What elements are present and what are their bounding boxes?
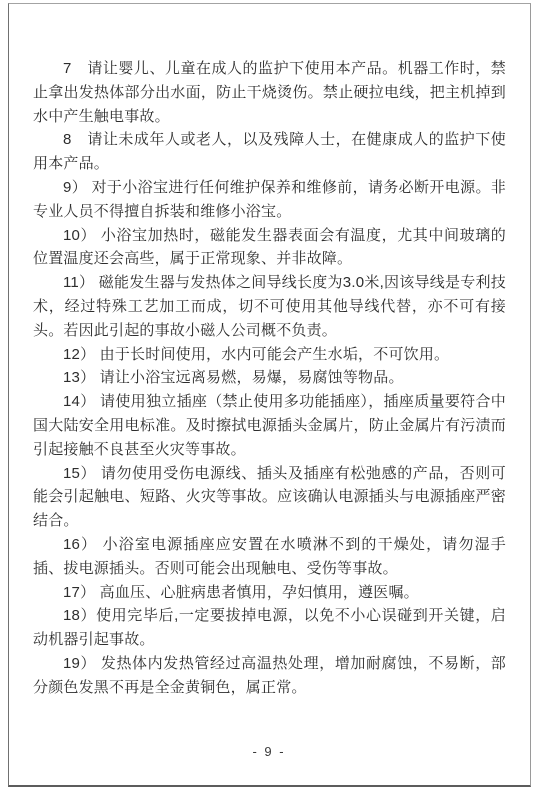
instruction-item-18: 18）使用完毕后,一定要拔掉电源，以免不小心误碰到开关键，启动机器引起事故。 (33, 604, 506, 652)
instruction-item-15: 15） 请勿使用受伤电源线、插头及插座有松弛感的产品，否则可能会引起触电、短路、… (33, 462, 506, 533)
instruction-item-10: 10） 小浴宝加热时，磁能发生器表面会有温度，尤其中间玻璃的位置温度还会高些，属… (33, 224, 506, 272)
instruction-item-7: 7 请让婴儿、儿童在成人的监护下使用本产品。机器工作时，禁止拿出发热体部分出水面… (33, 57, 506, 128)
instruction-item-17: 17） 高血压、心脏病患者慎用，孕妇慎用，遵医嘱。 (33, 581, 506, 605)
instruction-item-19: 19） 发热体内发热管经过高温热处理，增加耐腐蚀，不易断，部分颜色发黑不再是全金… (33, 652, 506, 700)
instruction-item-12: 12） 由于长时间使用，水内可能会产生水垢，不可饮用。 (33, 343, 506, 367)
instruction-item-14: 14） 请使用独立插座（禁止使用多功能插座），插座质量要符合中国大陆安全用电标准… (33, 390, 506, 461)
page-number: - 9 - (0, 744, 538, 759)
instruction-item-13: 13） 请让小浴宝远离易燃，易爆，易腐蚀等物品。 (33, 366, 506, 390)
instruction-list: 7 请让婴儿、儿童在成人的监护下使用本产品。机器工作时，禁止拿出发热体部分出水面… (33, 57, 506, 700)
instruction-item-9: 9） 对于小浴宝进行任何维护保养和维修前，请务必断开电源。非专业人员不得擅自拆装… (33, 176, 506, 224)
instruction-item-8: 8 请让未成年人或老人，以及残障人士，在健康成人的监护下使用本产品。 (33, 128, 506, 176)
instruction-item-16: 16） 小浴室电源插座应安置在水喷淋不到的干燥处，请勿湿手插、拔电源插头。否则可… (33, 533, 506, 581)
manual-page: 7 请让婴儿、儿童在成人的监护下使用本产品。机器工作时，禁止拿出发热体部分出水面… (0, 0, 538, 798)
instruction-item-11: 11） 磁能发生器与发热体之间导线长度为3.0米,因该导线是专利技术，经过特殊工… (33, 271, 506, 342)
